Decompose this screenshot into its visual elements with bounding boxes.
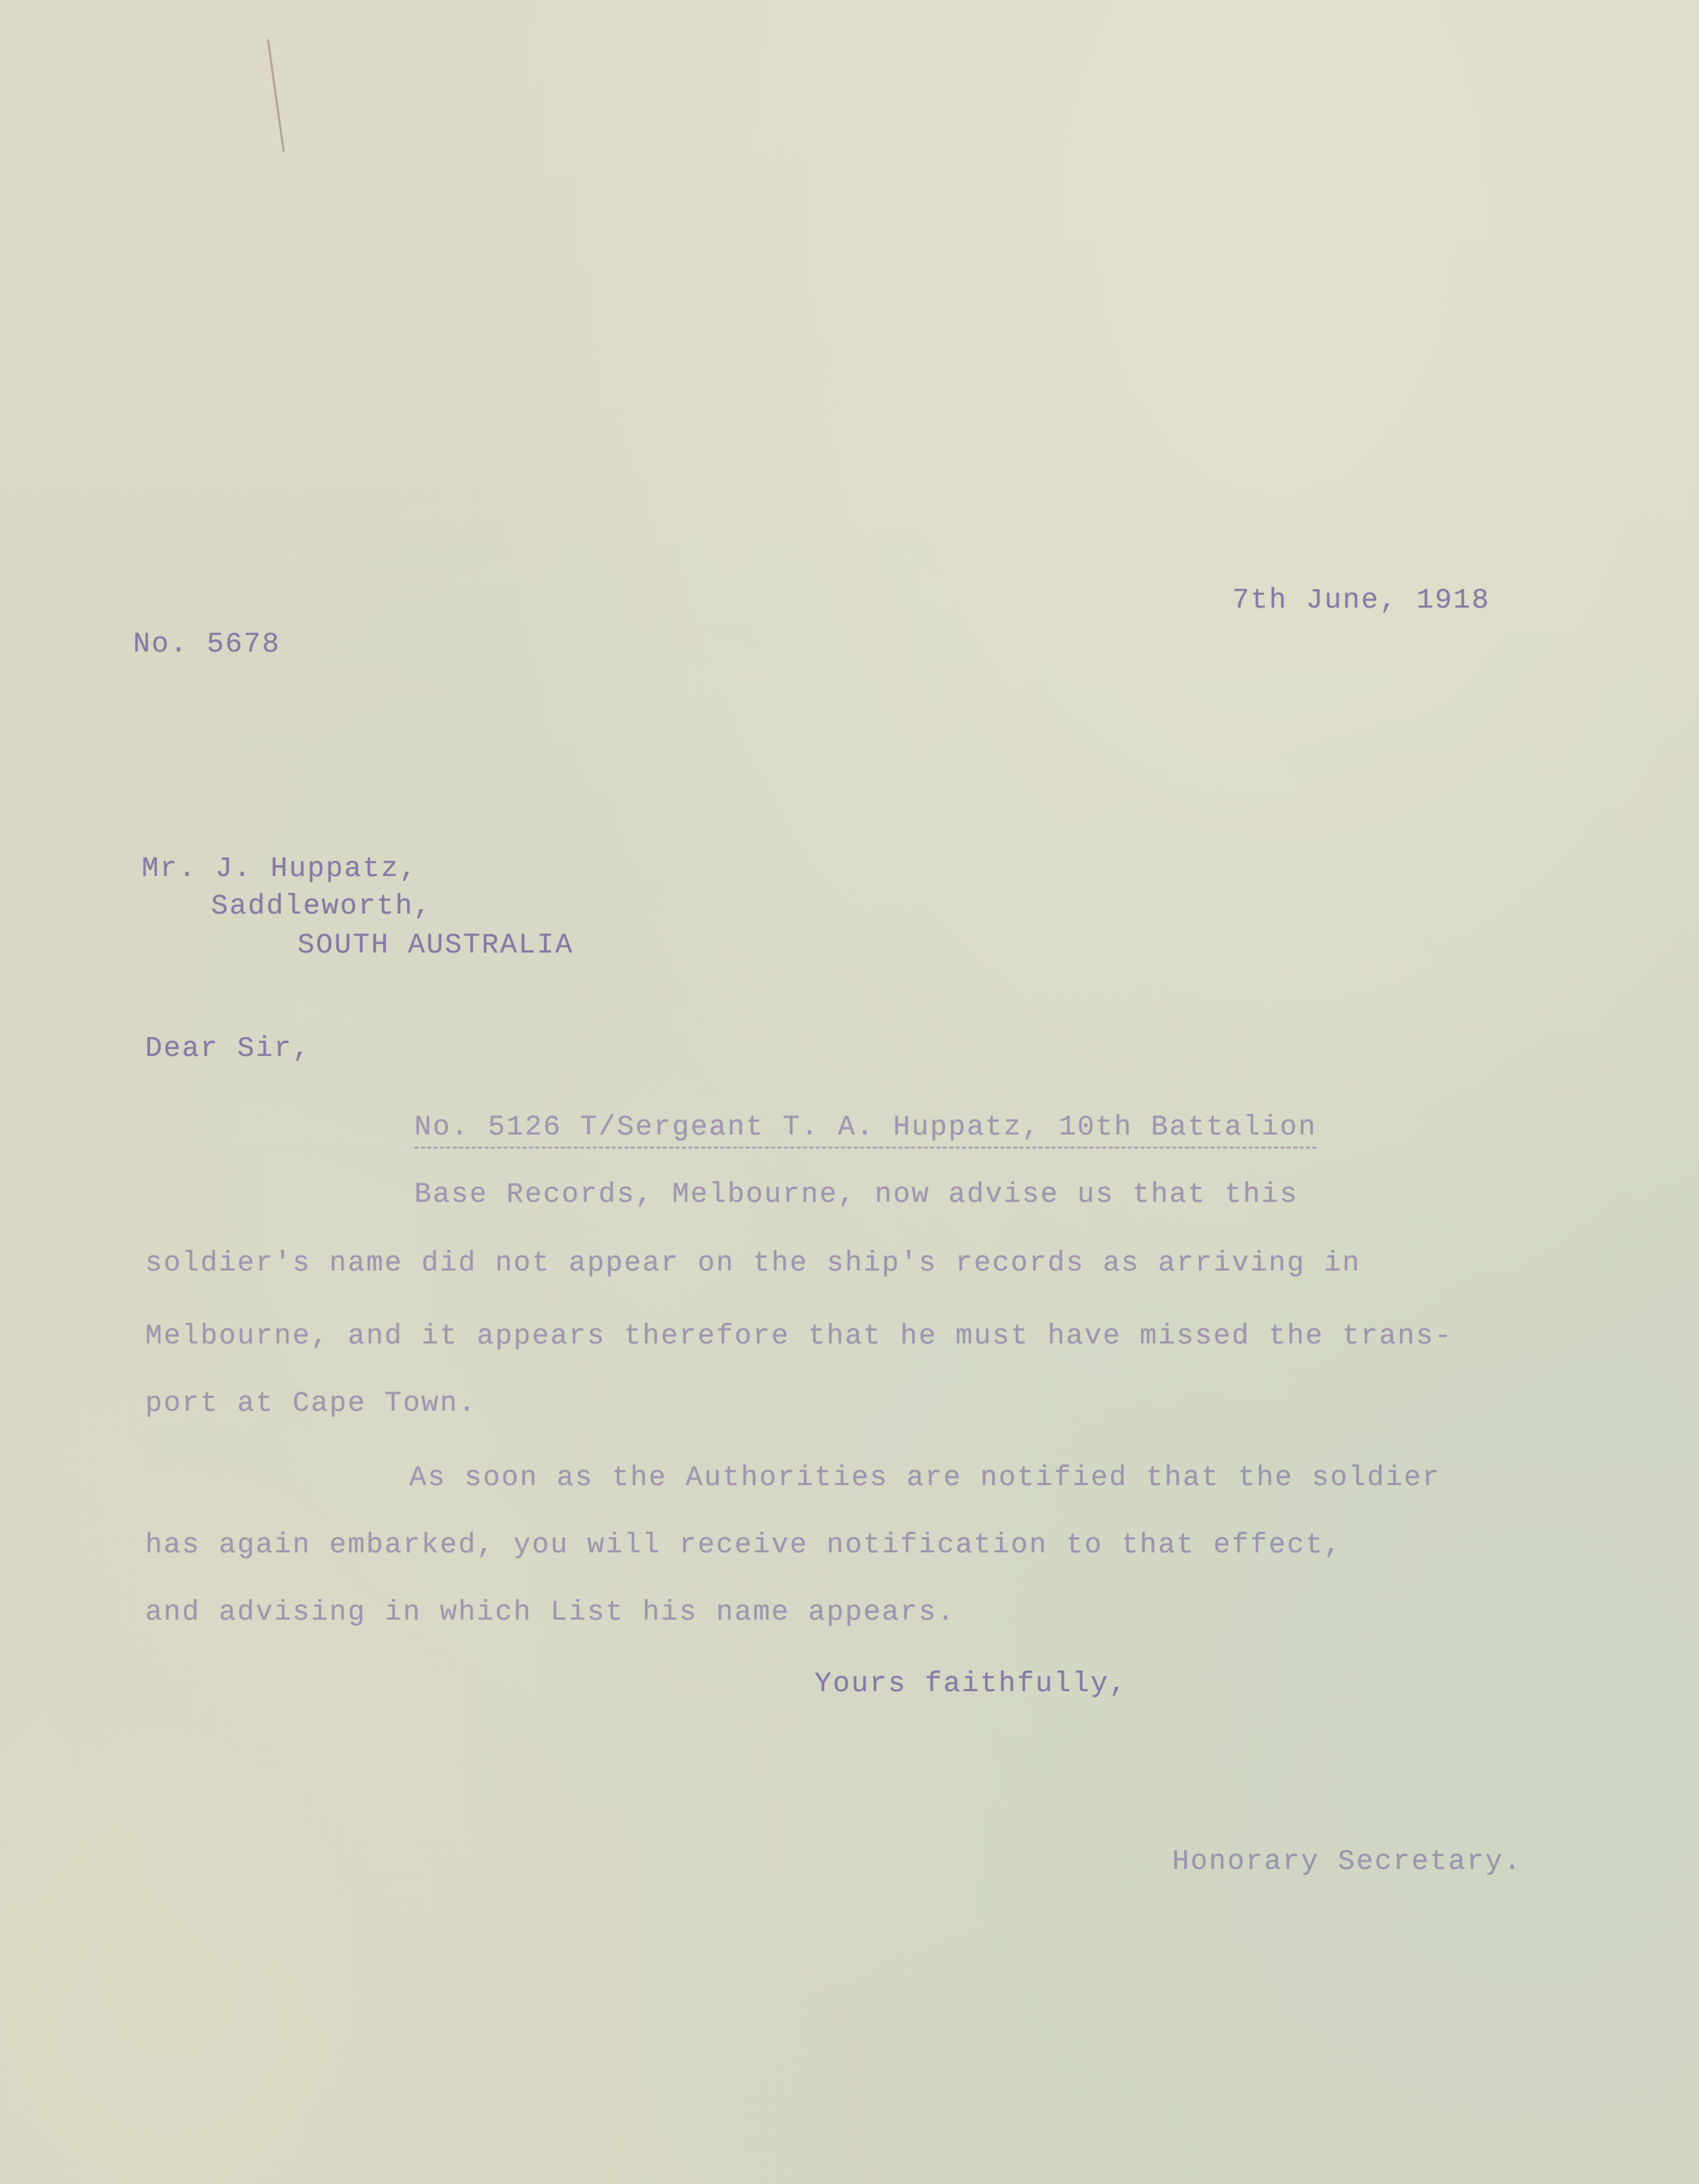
recipient-state: SOUTH AUSTRALIA <box>297 930 574 962</box>
body-line: has again embarked, you will receive not… <box>145 1530 1342 1562</box>
closing: Yours faithfully, <box>814 1668 1127 1700</box>
signature-title: Honorary Secretary. <box>1172 1846 1522 1878</box>
reference-number: No. 5678 <box>133 629 280 661</box>
body-line: Base Records, Melbourne, now advise us t… <box>414 1179 1298 1211</box>
recipient-name: Mr. J. Huppatz, <box>142 853 418 885</box>
subject-line: No. 5126 T/Sergeant T. A. Huppatz, 10th … <box>414 1112 1317 1149</box>
recipient-town: Saddleworth, <box>211 891 432 923</box>
body-line: and advising in which List his name appe… <box>145 1597 955 1629</box>
body-line: soldier's name did not appear on the shi… <box>145 1248 1360 1280</box>
letter-page: 7th June, 1918 No. 5678 Mr. J. Huppatz, … <box>0 0 1699 2184</box>
body-line: Melbourne, and it appears therefore that… <box>145 1321 1453 1353</box>
letter-date: 7th June, 1918 <box>1232 585 1490 617</box>
body-line: As soon as the Authorities are notified … <box>409 1462 1441 1494</box>
salutation: Dear Sir, <box>145 1033 311 1065</box>
pencil-mark <box>267 40 285 152</box>
body-line: port at Cape Town. <box>145 1388 477 1420</box>
